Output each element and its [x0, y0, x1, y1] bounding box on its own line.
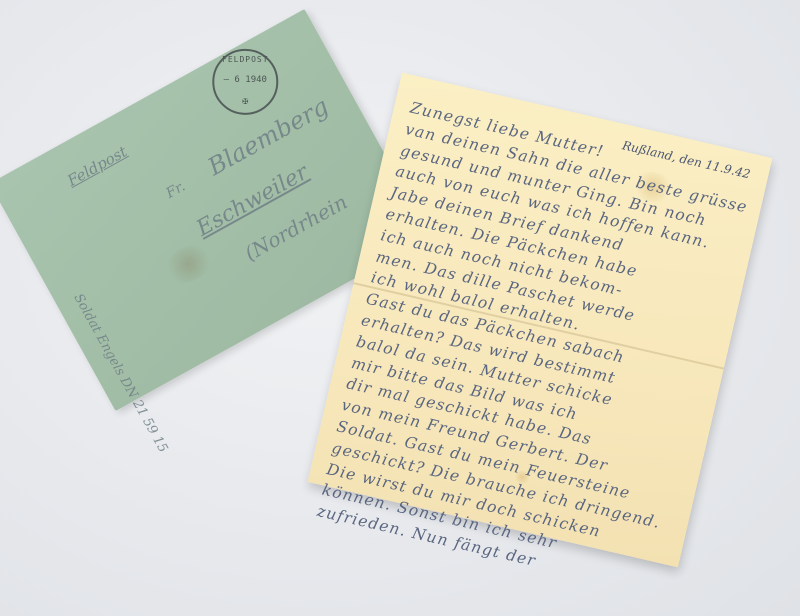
address-title: Fr. — [163, 178, 188, 201]
envelope-stain — [158, 237, 218, 291]
postmark-text: FELDPOST — [214, 55, 276, 64]
eagle-emblem-icon: ✠ — [214, 96, 276, 107]
feldpost-label: Feldpost — [64, 142, 130, 189]
postmark-stamp: FELDPOST — 6 1940 ✠ — [212, 49, 278, 115]
postmark-date: — 6 1940 — [214, 75, 276, 85]
